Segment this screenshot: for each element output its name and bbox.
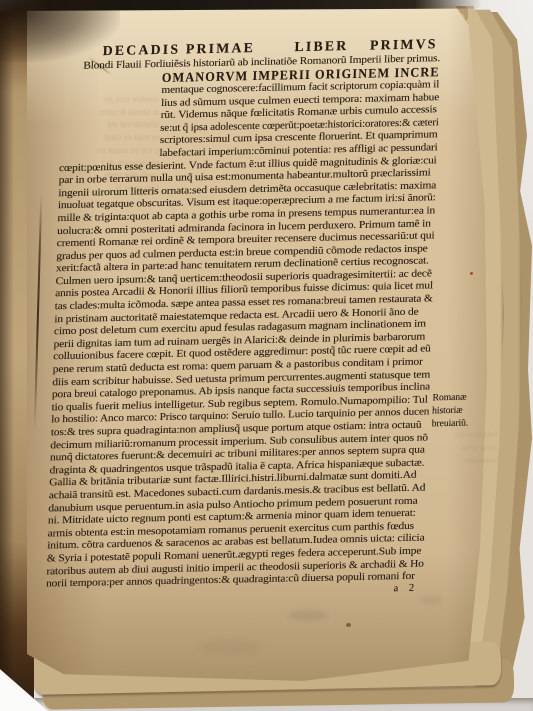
- margin-note-line: Romanæ: [432, 391, 488, 405]
- margin-note: Romanæ historiæ breuiariũ.: [432, 391, 489, 431]
- fold-shadow: [0, 0, 120, 62]
- photo-frame: ernositu mquibet ineo rústa tisum ponis …: [0, 0, 533, 711]
- smudge: [420, 596, 442, 604]
- stain-spot: [470, 272, 473, 275]
- stain-spot: [346, 623, 351, 627]
- smudge: [200, 640, 260, 654]
- paragraph-indented: OMANORVM IMPERII ORIGINEM INCREmentaque …: [59, 67, 440, 163]
- margin-note-line: historiæ: [432, 404, 488, 418]
- ghost-text-line: annis urbis: [440, 441, 498, 454]
- ghost-text-line: imperante: [440, 454, 498, 467]
- signature-mark: a 2: [393, 583, 418, 595]
- margin-note-line: breuiariũ.: [432, 417, 488, 431]
- paragraph-full: cœpit:pœnitus esse desierint. Vnde factu…: [46, 155, 437, 591]
- text-block: DECADIS PRIMAE LIBER PRIMVS Blondi Flaui…: [46, 36, 441, 591]
- smudge: [288, 610, 328, 621]
- showthrough-right-ghost: Fabulosa lexannis urbisimperante: [440, 428, 498, 490]
